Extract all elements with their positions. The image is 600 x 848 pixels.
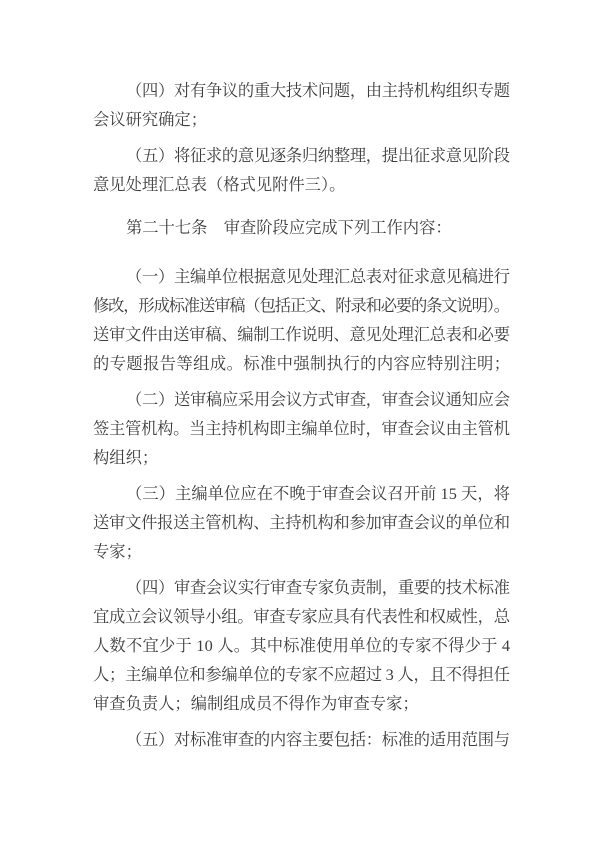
text-line-content: （五）将征求的意见逐条归纳整理，提出征求意见阶段 (126, 141, 510, 170)
text-line: 构组织； (93, 443, 510, 472)
text-line-content: （五）对标准审查的内容主要包括：标准的适用范围与 (126, 725, 510, 754)
text-line: 第二十七条 审查阶段应完成下列工作内容： (93, 213, 510, 242)
text-line: 人；主编单位和参编单位的专家不应超过 3 人，且不得担任 (93, 660, 510, 689)
text-line-content: （三）主编单位应在不晚于审查会议召开前 15 天，将 (126, 479, 510, 508)
text-line: （二）送审稿应采用会议方式审查，审查会议通知应会 (93, 385, 510, 414)
article-27-item-3: （三）主编单位应在不晚于审查会议召开前 15 天，将送审文件报送主管机构、主持机… (93, 479, 510, 566)
text-line-content: 送审文件报送主管机构、主持机构和参加审查会议的单位和 (93, 508, 510, 537)
text-line: 送审文件由送审稿、编制工作说明、意见处理汇总表和必要 (93, 320, 510, 349)
text-line: 修改，形成标准送审稿（包括正文、附录和必要的条文说明）。 (93, 291, 510, 320)
text-line: 的专题报告等组成。标准中强制执行的内容应特别注明； (93, 349, 510, 378)
text-line: （四）对有争议的重大技术问题，由主持机构组织专题 (93, 76, 510, 105)
text-line: 意见处理汇总表（格式见附件三）。 (93, 170, 510, 199)
text-line: 签主管机构。当主持机构即主编单位时，审查会议由主管机 (93, 414, 510, 443)
article-27-item-1: （一）主编单位根据意见处理汇总表对征求意见稿进行修改，形成标准送审稿（包括正文、… (93, 262, 510, 378)
text-line: （一）主编单位根据意见处理汇总表对征求意见稿进行 (93, 262, 510, 291)
text-line-content: 专家； (93, 537, 142, 566)
text-line-content: 构组织； (93, 443, 158, 472)
text-line: 审查负责人；编制组成员不得作为审查专家； (93, 689, 510, 718)
text-line: 人数不宜少于 10 人。其中标准使用单位的专家不得少于 4 (93, 631, 510, 660)
text-line: 送审文件报送主管机构、主持机构和参加审查会议的单位和 (93, 508, 510, 537)
text-line: 会议研究确定； (93, 105, 510, 134)
text-line-content: （四）对有争议的重大技术问题，由主持机构组织专题 (126, 76, 510, 105)
text-line-content: （四）审查会议实行审查专家负责制，重要的技术标准 (126, 573, 510, 602)
text-line-content: 送审文件由送审稿、编制工作说明、意见处理汇总表和必要 (93, 320, 510, 349)
text-line: （四）审查会议实行审查专家负责制，重要的技术标准 (93, 573, 510, 602)
text-line-content: 修改，形成标准送审稿（包括正文、附录和必要的条文说明）。 (93, 291, 509, 320)
text-line-content: 审查负责人；编制组成员不得作为审查专家； (93, 689, 419, 718)
text-line-content: 意见处理汇总表（格式见附件三）。 (93, 170, 345, 199)
document-text-column: （四）对有争议的重大技术问题，由主持机构组织专题会议研究确定；（五）将征求的意见… (93, 0, 510, 761)
text-line-content: 第二十七条 审查阶段应完成下列工作内容： (126, 213, 452, 242)
text-line: 宜成立会议领导小组。审查专家应具有代表性和权威性，总 (93, 602, 510, 631)
text-line: （五）将征求的意见逐条归纳整理，提出征求意见阶段 (93, 141, 510, 170)
text-line: （五）对标准审查的内容主要包括：标准的适用范围与 (93, 725, 510, 754)
text-line-content: （一）主编单位根据意见处理汇总表对征求意见稿进行 (126, 262, 510, 291)
article-27-item-2: （二）送审稿应采用会议方式审查，审查会议通知应会签主管机构。当主持机构即主编单位… (93, 385, 510, 472)
text-line-content: 的专题报告等组成。标准中强制执行的内容应特别注明； (93, 349, 510, 378)
text-line-content: 会议研究确定； (93, 105, 207, 134)
text-line-content: 人数不宜少于 10 人。其中标准使用单位的专家不得少于 4 (93, 631, 510, 660)
article-27-item-5: （五）对标准审查的内容主要包括：标准的适用范围与 (93, 725, 510, 754)
text-line-content: 签主管机构。当主持机构即主编单位时，审查会议由主管机 (93, 414, 510, 443)
document-page: （四）对有争议的重大技术问题，由主持机构组织专题会议研究确定；（五）将征求的意见… (0, 0, 600, 848)
article-27-item-4: （四）审查会议实行审查专家负责制，重要的技术标准宜成立会议领导小组。审查专家应具… (93, 573, 510, 718)
text-line-content: 宜成立会议领导小组。审查专家应具有代表性和权威性，总 (93, 602, 510, 631)
text-line: 专家； (93, 537, 510, 566)
text-line-content: 人；主编单位和参编单位的专家不应超过 3 人，且不得担任 (93, 660, 510, 689)
text-line-content: （二）送审稿应采用会议方式审查，审查会议通知应会 (126, 385, 510, 414)
prev-article-item-4: （四）对有争议的重大技术问题，由主持机构组织专题会议研究确定； (93, 76, 510, 134)
prev-article-item-5: （五）将征求的意见逐条归纳整理，提出征求意见阶段意见处理汇总表（格式见附件三）。 (93, 141, 510, 199)
article-27-heading: 第二十七条 审查阶段应完成下列工作内容： (93, 213, 510, 242)
text-line: （三）主编单位应在不晚于审查会议召开前 15 天，将 (93, 479, 510, 508)
